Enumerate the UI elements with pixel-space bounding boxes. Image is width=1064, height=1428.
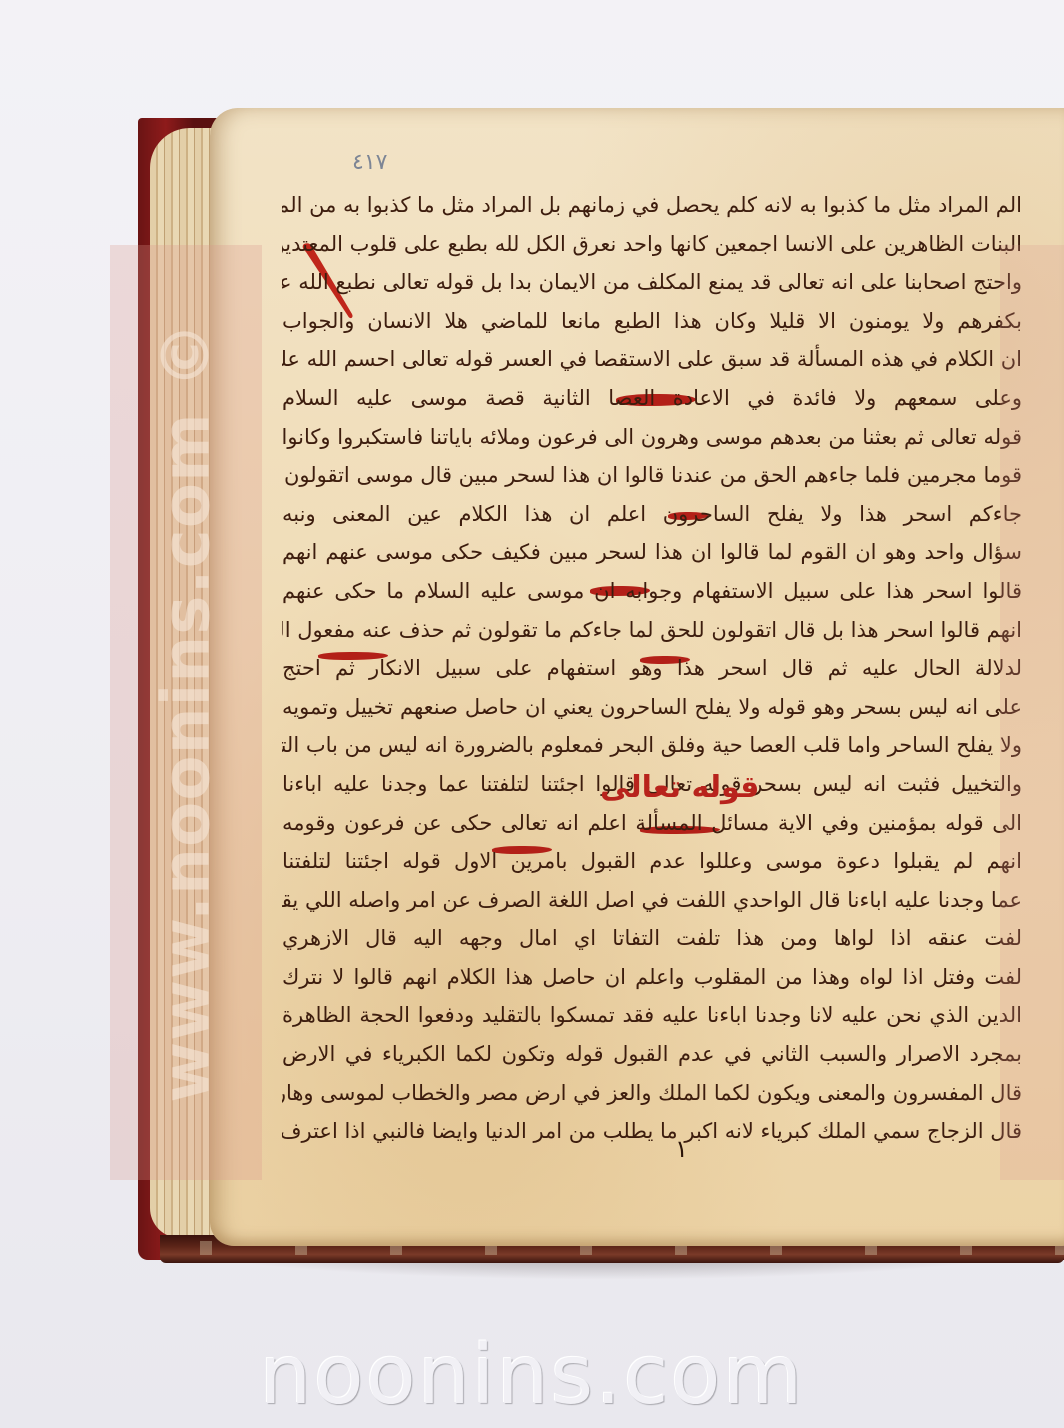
catchword-mark: ١: [675, 1135, 688, 1163]
text-line: واحتج اصحابنا على انه تعالى قد يمنع المك…: [282, 263, 1022, 302]
text-line: قال الزجاج سمي الملك كبرياء لانه اكبر ما…: [282, 1112, 1022, 1151]
text-line: قالوا اسحر هذا على سبيل الاستفهام وجوابه…: [282, 572, 1022, 611]
rubric-heading: قوله تعالى: [600, 770, 759, 805]
text-line: وعلى سمعهم ولا فائدة في الاعادة العصا ال…: [282, 379, 1022, 418]
watermark-footer-text: noonins.com: [0, 1328, 1064, 1423]
text-line: الدين الذي نحن عليه لانا وجدنا اباءنا عل…: [282, 996, 1022, 1035]
text-line: ولا يفلح الساحر واما قلب العصا حية وفلق …: [282, 726, 1022, 765]
text-line: لفت عنقه اذا لواها ومن هذا تلفت التفاتا …: [282, 919, 1022, 958]
text-line: بكفرهم ولا يومنون الا قليلا وكان هذا الط…: [282, 302, 1022, 341]
text-line: قوما مجرمين فلما جاءهم الحق من عندنا قال…: [282, 456, 1022, 495]
text-line: لفت وفتل اذا لواه وهذا من المقلوب واعلم …: [282, 958, 1022, 997]
text-line: بمجرد الاصرار والسبب الثاني في عدم القبو…: [282, 1035, 1022, 1074]
text-line: عما وجدنا عليه اباءنا قال الواحدي اللفت …: [282, 881, 1022, 920]
text-line: قوله تعالى ثم بعثنا من بعدهم موسى وهرون …: [282, 418, 1022, 457]
manuscript-text-block: الم المراد مثل ما كذبوا به لانه كلم يحصل…: [282, 186, 1022, 1151]
text-line: الى قوله بمؤمنين وفي الاية مسائل المسألة…: [282, 804, 1022, 843]
text-line: سؤال واحد وهو ان القوم لما قالوا ان هذا …: [282, 533, 1022, 572]
text-line: جاءكم اسحر هذا ولا يفلح الساحرون اعلم ان…: [282, 495, 1022, 534]
watermark-strip-right: [1000, 245, 1064, 1180]
text-line: الم المراد مثل ما كذبوا به لانه كلم يحصل…: [282, 186, 1022, 225]
text-line: انهم لم يقبلوا دعوة موسى وعللوا عدم القب…: [282, 842, 1022, 881]
text-line: ان الكلام في هذه المسألة قد سبق على الاس…: [282, 340, 1022, 379]
text-line: على انه ليس بسحر وهو قوله ولا يفلح الساح…: [282, 688, 1022, 727]
text-line: لدلالة الحال عليه ثم قال اسحر هذا وهو اس…: [282, 649, 1022, 688]
watermark-vertical-text: www.noonins.com ©: [148, 321, 225, 1103]
text-line: البنات الظاهرين على الانسا اجمعين كانها …: [282, 225, 1022, 264]
text-line: انهم قالوا اسحر هذا بل قال اتقولون للحق …: [282, 611, 1022, 650]
text-line: قال المفسرون والمعنى ويكون لكما الملك وا…: [282, 1074, 1022, 1113]
folio-number: ٤١٧: [352, 150, 387, 175]
